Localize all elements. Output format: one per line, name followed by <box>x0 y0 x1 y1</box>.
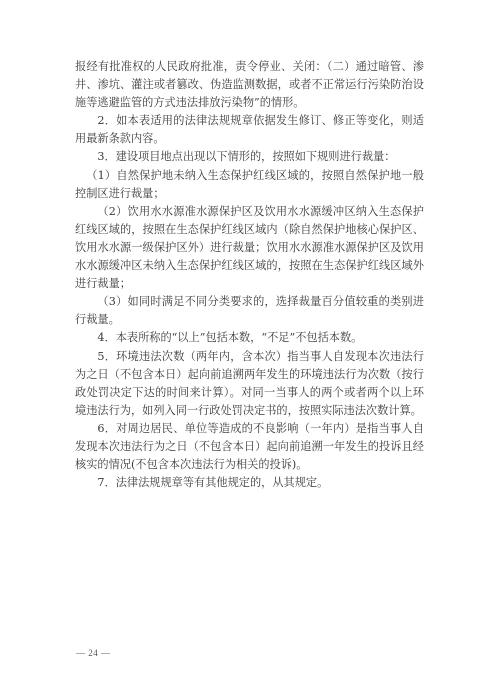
paragraph-item-6: 6．对周边居民、单位等造成的不良影响（一年内）是指当事人自发现本次违法行为之日（… <box>75 420 424 474</box>
paragraph-item-7: 7．法律法规规章等有其他规定的，从其规定。 <box>75 474 424 492</box>
paragraph-item-2: 2．如本表适用的法律法规规章依据发生修订、修正等变化，则适用最新条款内容。 <box>75 112 424 148</box>
paragraph-item-3-3: （3）如同时满足不同分类要求的，选择裁量百分值较重的类别进行裁量。 <box>75 293 424 329</box>
paragraph-continuation: 报经有批准权的人民政府批准，责令停业、关闭：（二）通过暗管、渗井、渗坑、灌注或者… <box>75 58 424 112</box>
document-page: 报经有批准权的人民政府批准，责令停业、关闭：（二）通过暗管、渗井、渗坑、灌注或者… <box>0 0 495 699</box>
paragraph-item-5: 5．环境违法次数（两年内，含本次）指当事人自发现本次违法行为之日（不包含本日）起… <box>75 348 424 420</box>
body-text: 报经有批准权的人民政府批准，责令停业、关闭：（二）通过暗管、渗井、渗坑、灌注或者… <box>75 58 424 492</box>
paragraph-item-3-2: （2）饮用水水源准水源保护区及饮用水水源缓冲区纳入生态保护红线区域的，按照在生态… <box>75 203 424 293</box>
paragraph-item-3-1: （1）自然保护地未纳入生态保护红线区域的，按照自然保护地一般控制区进行裁量； <box>75 167 424 203</box>
page-number: — 24 — <box>76 648 111 658</box>
paragraph-item-4: 4．本表所称的“以上”包括本数，“不足”不包括本数。 <box>75 329 424 347</box>
paragraph-item-3: 3．建设项目地点出现以下情形的，按照如下规则进行裁量： <box>75 148 424 166</box>
